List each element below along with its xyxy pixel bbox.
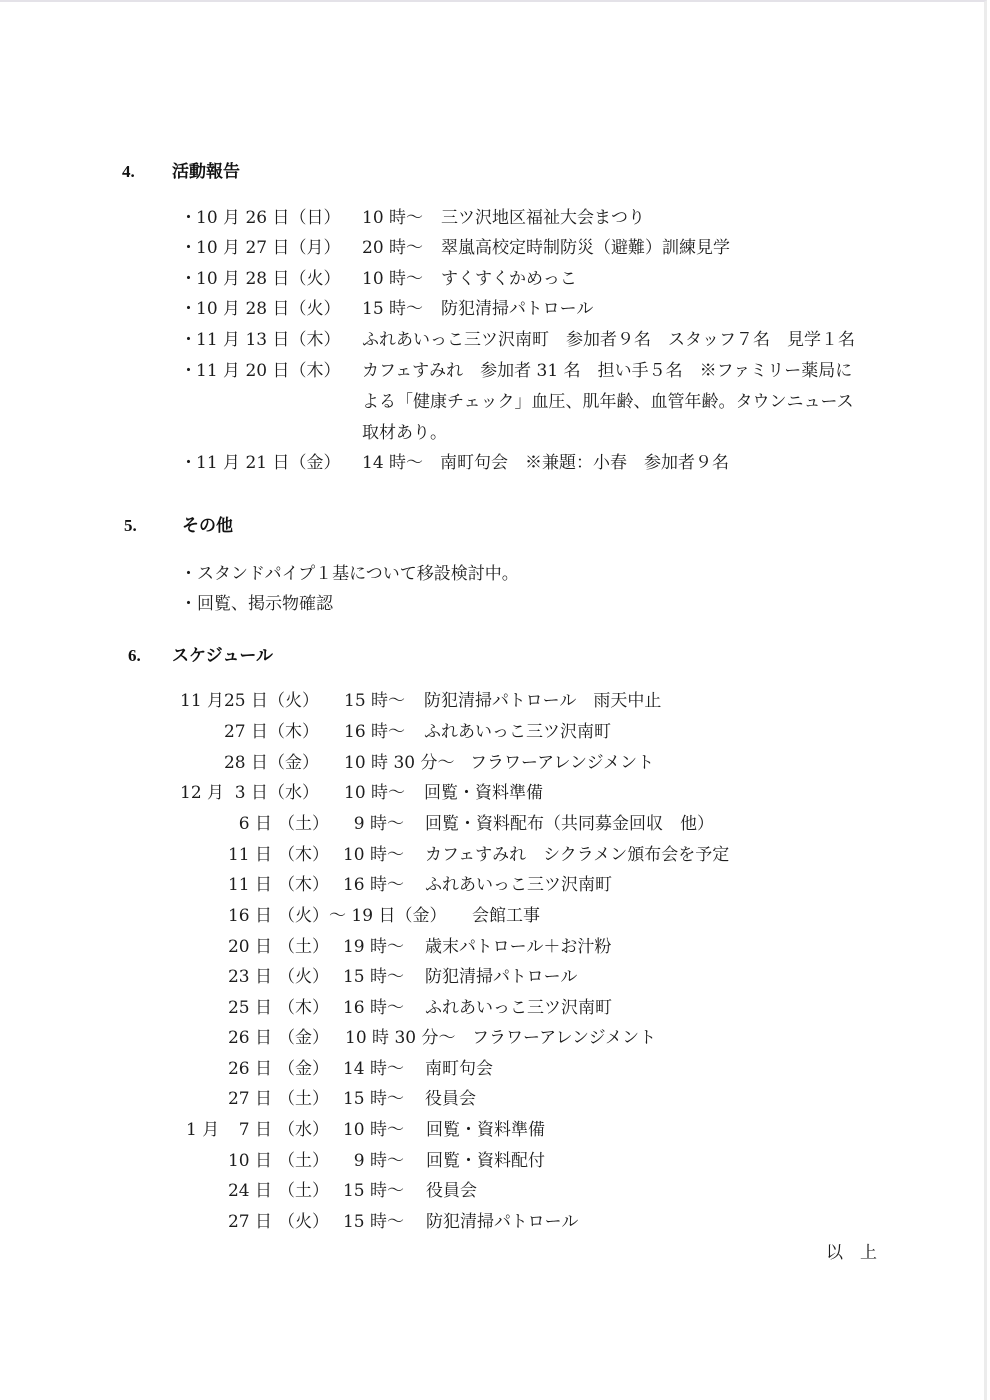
- schedule-time: 9 時～: [340, 813, 404, 835]
- schedule-weekday: （土）: [278, 936, 329, 958]
- schedule-month: 1 月: [186, 1119, 219, 1141]
- activity-time: 10 時～: [362, 207, 423, 229]
- schedule-day: 7 日: [222, 1119, 272, 1141]
- schedule-event: 回覧・資料配布（共同募金回収 他）: [425, 813, 714, 835]
- section-title: 活動報告: [172, 162, 240, 182]
- activity-description: 14 時～ 南町句会 ※兼題：小春 参加者９名: [362, 452, 729, 474]
- bullet: ・: [180, 237, 197, 259]
- schedule-weekday: （木）: [278, 997, 329, 1019]
- activity-date: 10 月 28 日（火）: [196, 268, 340, 290]
- schedule-time: 9 時～: [340, 1150, 404, 1172]
- activity-description: 三ツ沢地区福祉大会まつり: [441, 207, 645, 229]
- schedule-day: 27 日: [222, 1088, 272, 1110]
- other-item: ・回覧、掲示物確認: [180, 593, 333, 615]
- activity-description: カフェすみれ 参加者 31 名 担い手５名 ※ファミリー薬局に: [362, 360, 852, 382]
- activity-date: 10 月 26 日（日）: [196, 207, 340, 229]
- schedule-day: 27 日: [218, 721, 268, 743]
- schedule-event: カフェすみれ シクラメン頒布会を予定: [425, 844, 729, 866]
- schedule-weekday: （木）: [268, 721, 319, 743]
- other-item: ・スタンドパイプ１基について移設検討中。: [180, 563, 519, 585]
- schedule-event: 防犯清掃パトロール: [425, 966, 577, 988]
- schedule-time: 10 時～: [340, 1119, 404, 1141]
- activity-date: 10 月 28 日（火）: [196, 298, 340, 320]
- schedule-weekday: （火）: [278, 966, 329, 988]
- schedule-weekday: （火）: [268, 690, 319, 712]
- schedule-day: 27 日: [222, 1211, 272, 1233]
- schedule-time: 15 時～: [344, 690, 405, 712]
- schedule-weekday: （土）: [278, 1180, 329, 1202]
- schedule-event: 防犯清掃パトロール: [426, 1211, 578, 1233]
- schedule-time: 15 時～: [340, 1088, 404, 1110]
- schedule-day: 25 日: [222, 997, 272, 1019]
- bullet: ・: [180, 329, 197, 351]
- activity-description: 防犯清掃パトロール: [441, 298, 593, 320]
- schedule-weekday: （木）: [278, 844, 329, 866]
- activity-description: 取材あり。: [362, 422, 447, 444]
- schedule-time: 10 時 30 分～: [345, 1027, 455, 1049]
- activity-time: 20 時～: [362, 237, 423, 259]
- schedule-time: 19 時～: [340, 936, 404, 958]
- schedule-event: ふれあいっこ三ツ沢南町: [425, 997, 612, 1019]
- schedule-event: 回覧・資料配付: [426, 1150, 545, 1172]
- schedule-weekday: （金）: [278, 1058, 329, 1080]
- schedule-event: フラワーアレンジメント: [472, 1027, 656, 1049]
- schedule-weekday: （土）: [278, 1150, 329, 1172]
- bullet: ・: [180, 360, 197, 382]
- schedule-weekday: （金）: [268, 752, 319, 774]
- activity-time: 10 時～: [362, 268, 423, 290]
- schedule-event: 南町句会: [425, 1058, 493, 1080]
- activity-time: 15 時～: [362, 298, 423, 320]
- activity-description: よる「健康チェック」血圧、肌年齢、血管年齢。タウンニュース: [362, 391, 854, 413]
- schedule-event: ふれあいっこ三ツ沢南町: [425, 874, 612, 896]
- schedule-event: フラワーアレンジメント: [470, 752, 654, 774]
- schedule-event: 会館工事: [472, 905, 540, 927]
- schedule-event: 回覧・資料準備: [424, 782, 543, 804]
- schedule-time: 10 時～: [340, 844, 404, 866]
- schedule-event: 役員会: [425, 1088, 476, 1110]
- schedule-day: 20 日: [222, 936, 272, 958]
- schedule-time: 14 時～: [340, 1058, 404, 1080]
- section-title: スケジュール: [172, 646, 273, 666]
- schedule-weekday: （金）: [278, 1027, 329, 1049]
- schedule-weekday: （火）: [278, 1211, 329, 1233]
- schedule-day: 26 日: [222, 1027, 272, 1049]
- activity-description: すくすくかめっこ: [441, 268, 577, 290]
- closing-text: 以 上: [826, 1242, 877, 1264]
- activity-date: 10 月 27 日（月）: [196, 237, 340, 259]
- schedule-day: 3 日: [218, 782, 268, 804]
- section-number: 6.: [128, 646, 141, 666]
- bullet: ・: [180, 268, 197, 290]
- schedule-time: 15 時～: [340, 1211, 404, 1233]
- activity-description: ふれあいっこ三ツ沢南町 参加者９名 スタッフ７名 見学１名: [362, 329, 855, 351]
- schedule-day: 23 日: [222, 966, 272, 988]
- schedule-weekday: （土）: [278, 1088, 329, 1110]
- activity-date: 11 月 13 日（木）: [196, 329, 340, 351]
- schedule-day: 10 日: [222, 1150, 272, 1172]
- schedule-time: 16 時～: [344, 721, 405, 743]
- schedule-time: 16 時～: [340, 997, 404, 1019]
- section-number: 5.: [124, 516, 137, 536]
- schedule-weekday: （水）: [268, 782, 319, 804]
- schedule-time: 15 時～: [340, 966, 404, 988]
- schedule-day: 16 日: [222, 905, 272, 927]
- schedule-weekday: （火）～ 19 日（金）: [278, 905, 446, 927]
- schedule-weekday: （土）: [278, 813, 329, 835]
- schedule-weekday: （木）: [278, 874, 329, 896]
- schedule-time: 10 時 30 分～: [344, 752, 454, 774]
- schedule-day: 6 日: [222, 813, 272, 835]
- schedule-weekday: （水）: [278, 1119, 329, 1141]
- bullet: ・: [180, 298, 197, 320]
- bullet: ・: [180, 207, 197, 229]
- schedule-day: 25 日: [218, 690, 268, 712]
- schedule-day: 24 日: [222, 1180, 272, 1202]
- activity-date: 11 月 20 日（木）: [196, 360, 340, 382]
- schedule-event: 歳末パトロール＋お汁粉: [425, 936, 611, 958]
- schedule-event: 防犯清掃パトロール 雨天中止: [424, 690, 661, 712]
- section-title: その他: [182, 516, 233, 536]
- document-page: 4. 活動報告 ・ 10 月 26 日（日） 10 時～ 三ツ沢地区福祉大会まつ…: [0, 0, 987, 1400]
- schedule-event: ふれあいっこ三ツ沢南町: [424, 721, 611, 743]
- schedule-day: 11 日: [222, 844, 272, 866]
- section-number: 4.: [122, 162, 135, 182]
- schedule-time: 16 時～: [340, 874, 404, 896]
- schedule-time: 15 時～: [340, 1180, 404, 1202]
- schedule-time: 10 時～: [344, 782, 405, 804]
- schedule-day: 11 日: [222, 874, 272, 896]
- schedule-event: 役員会: [426, 1180, 477, 1202]
- activity-description: 翠嵐高校定時制防災（避難）訓練見学: [441, 237, 730, 259]
- activity-date: 11 月 21 日（金）: [196, 452, 340, 474]
- schedule-event: 回覧・資料準備: [426, 1119, 545, 1141]
- bullet: ・: [180, 452, 197, 474]
- schedule-day: 28 日: [218, 752, 268, 774]
- schedule-day: 26 日: [222, 1058, 272, 1080]
